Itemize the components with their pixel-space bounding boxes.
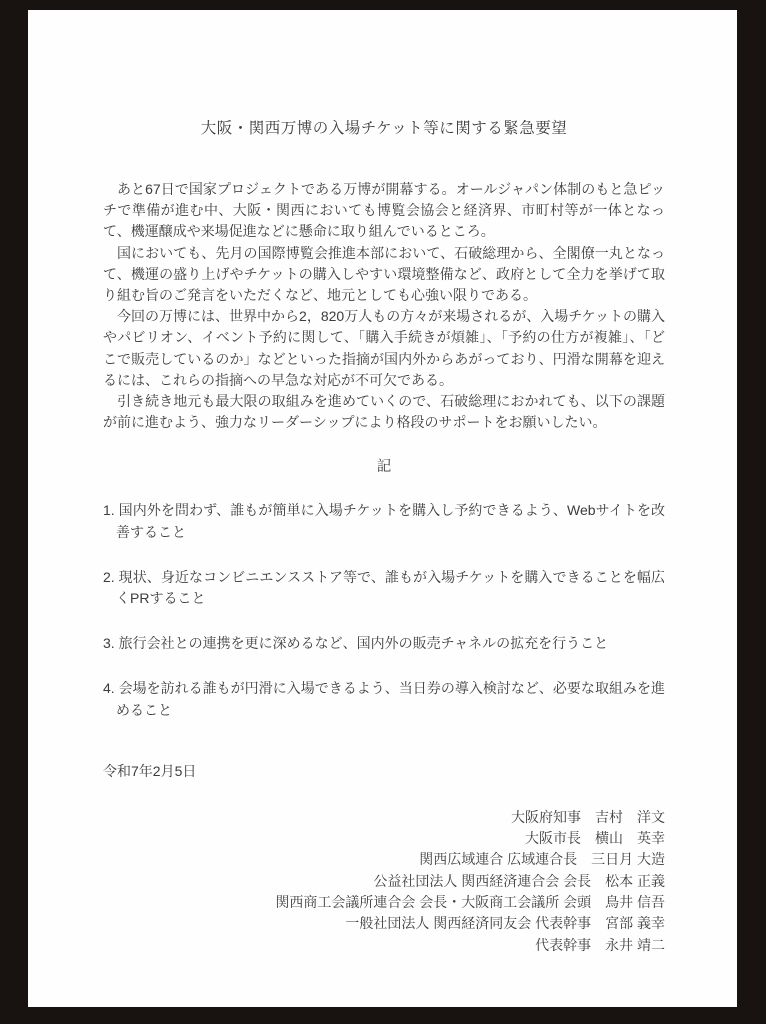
- signature-line-1: 大阪府知事 吉村 洋文: [103, 807, 665, 828]
- request-item-2: 2. 現状、身近なコンビニエンスストア等で、誰もが入場チケットを購入できることを…: [103, 567, 665, 609]
- paragraph-1: あと67日で国家プロジェクトである万博が開幕する。オールジャパン体制のもと急ピッ…: [103, 179, 665, 243]
- request-list: 1. 国内外を問わず、誰もが簡単に入場チケットを購入し予約できるよう、Webサイ…: [103, 500, 665, 720]
- request-item-1: 1. 国内外を問わず、誰もが簡単に入場チケットを購入し予約できるよう、Webサイ…: [103, 500, 665, 542]
- body-paragraphs: あと67日で国家プロジェクトである万博が開幕する。オールジャパン体制のもと急ピッ…: [103, 179, 665, 433]
- document-title: 大阪・関西万博の入場チケット等に関する緊急要望: [103, 118, 665, 140]
- scan-background: 大阪・関西万博の入場チケット等に関する緊急要望 あと67日で国家プロジェクトであ…: [0, 0, 766, 1024]
- signature-line-2: 大阪市長 横山 英幸: [103, 828, 665, 849]
- paragraph-4: 引き続き地元も最大限の取組みを進めていくので、石破総理におかれても、以下の課題が…: [103, 391, 665, 433]
- ki-marker: 記: [103, 457, 665, 478]
- request-item-3: 3. 旅行会社との連携を更に深めるなど、国内外の販売チャネルの拡充を行うこと: [103, 633, 665, 654]
- signature-line-4: 公益社団法人 関西経済連合会 会長 松本 正義: [103, 871, 665, 892]
- signature-line-6: 一般社団法人 関西経済同友会 代表幹事 宮部 義幸: [103, 913, 665, 934]
- signature-line-7: 代表幹事 永井 靖二: [103, 935, 665, 956]
- paragraph-2: 国においても、先月の国際博覧会推進本部において、石破総理から、全閣僚一丸となって…: [103, 243, 665, 307]
- signature-line-5: 関西商工会議所連合会 会長・大阪商工会議所 会頭 鳥井 信吾: [103, 892, 665, 913]
- signature-line-3: 関西広域連合 広域連合長 三日月 大造: [103, 849, 665, 870]
- request-item-4: 4. 会場を訪れる誰もが円滑に入場できるよう、当日券の導入検討など、必要な取組み…: [103, 678, 665, 720]
- signature-block: 大阪府知事 吉村 洋文 大阪市長 横山 英幸 関西広域連合 広域連合長 三日月 …: [103, 807, 665, 956]
- document-date: 令和7年2月5日: [103, 761, 665, 782]
- document-page: 大阪・関西万博の入場チケット等に関する緊急要望 あと67日で国家プロジェクトであ…: [28, 10, 737, 1007]
- paragraph-3: 今回の万博には、世界中から2，820万人もの方々が来場されるが、入場チケットの購…: [103, 306, 665, 391]
